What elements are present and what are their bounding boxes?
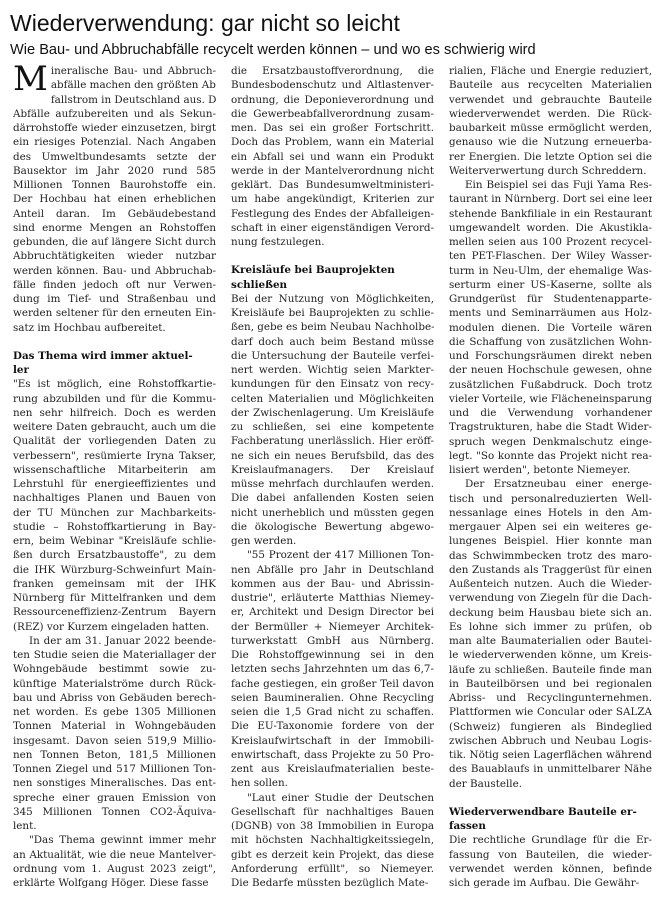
- text-line: müsse mehrfach durchlaufen werden.: [231, 477, 434, 491]
- text-line: Bei der Nutzung von Möglichkeiten,: [231, 292, 434, 306]
- text-line: Anforderung erfüllt", so Niemeyer.: [231, 862, 434, 876]
- text-line: Bauteile aus recycelten Materialien: [449, 78, 652, 92]
- text-line: mellen seien aus 100 Prozent recycel-: [449, 235, 652, 249]
- text-line: mergauer Alpen sei ein weiteres ge-: [449, 520, 652, 534]
- text-line: lent.: [13, 819, 216, 833]
- text-line: enwirtschaft, dass Projekte zu 50 Pro-: [231, 748, 434, 762]
- text-line: in Bauteilbörsen und bei regionalen: [449, 677, 652, 691]
- text-line: und Forschungsräumen direkt neben: [449, 349, 652, 363]
- text-line: serturm einer US-Kaserne, sollte als: [449, 278, 652, 292]
- article-column-2: die Ersatzbaustoffverordnung, dieBundesb…: [231, 64, 434, 890]
- text-line: das Schwimmbecken trotz des maro-: [449, 549, 652, 563]
- text-line: zent aus Kreislaufmaterialien beste-: [231, 762, 434, 776]
- text-line: der Zwischenlagerung. Um Kreisläufe: [231, 406, 434, 420]
- section-heading: Kreisläufe bei Bauprojektenschließen: [231, 249, 434, 292]
- text-line: Die Bedarfe müssten bezüglich Mate-: [231, 876, 434, 890]
- paragraph: Der Ersatzneubau einer energe-tisch und …: [449, 477, 652, 791]
- text-line: verwendung von Ziegeln für die Dach-: [449, 591, 652, 605]
- text-line: Der Hochbau hat einen erheblichen: [13, 192, 216, 206]
- text-line: Doch das Problem, wann ein Material: [231, 135, 434, 149]
- text-line: ineralische Bau- und Abbruch-: [51, 64, 216, 78]
- text-line: zusätzlichen Fußabdruck. Doch trotz: [449, 378, 652, 392]
- text-line: spruch wegen Denkmalschutz einge-: [449, 435, 652, 449]
- text-line: Kreisläufe bei Bauprojekten: [231, 263, 434, 277]
- paragraph: Ein Beispiel sei das Fuji Yama Res-taura…: [449, 178, 652, 477]
- text-line: ments und Seminarräumen aus Holz-: [449, 306, 652, 320]
- text-line: nen Tonnen Beton, 181,5 Millionen: [13, 748, 216, 762]
- text-line: dung im Tief- und Straßenbau und: [13, 292, 216, 306]
- text-line: er, Architekt und Design Director bei: [231, 605, 434, 619]
- text-line: die Schaffung von zusätzlichen Wohn-: [449, 335, 652, 349]
- text-line: die ökologische Bewertung abgewo-: [231, 520, 434, 534]
- text-line: ten PET-Flaschen. Der Wiley Wasser-: [449, 249, 652, 263]
- text-line: celten Materialien und Möglichkeiten: [231, 392, 434, 406]
- text-line: lungenes Beispiel. Hier konnte man: [449, 534, 652, 548]
- text-line: turwerkstatt GmbH aus Nürnberg.: [231, 634, 434, 648]
- text-line: tisch und personalreduzierten Well-: [449, 492, 652, 506]
- dropcap: M: [13, 65, 48, 93]
- text-line: Kreislaufwirtschaft in der Immobili-: [231, 734, 434, 748]
- text-line: die Gewerbeabfallverordnung zusam-: [231, 107, 434, 121]
- text-line: des Umweltbundesamts setzte der: [13, 150, 216, 164]
- text-line: Die Rohstoffgewinnung sei in den: [231, 648, 434, 662]
- text-line: satz im Hochbau aufbereitet.: [13, 321, 216, 335]
- text-line: die Ersatzbaustoffverordnung, die: [231, 64, 434, 78]
- text-line: wiederverwendet werden. Die Rück-: [449, 107, 652, 121]
- text-line: ten Studie seien die Materiallager der: [13, 648, 216, 662]
- text-line: weitere Daten gebraucht, auch um die: [13, 420, 216, 434]
- text-line: Tonnen Ziegel und 517 Millionen Ton-: [13, 762, 216, 776]
- text-line: Wohngebäude bestimmt sowie zu-: [13, 662, 216, 676]
- text-line: (REZ) vor Kurzem eingeladen hatten.: [13, 620, 216, 634]
- text-line: künftige Materialströme durch Rück-: [13, 677, 216, 691]
- text-line: Außenteich nutzen. Auch die Wieder-: [449, 577, 652, 591]
- text-line: kommen aus der Bau- und Abrissin-: [231, 577, 434, 591]
- text-line: erklärte Wolfgang Höger. Diese fasse: [13, 876, 216, 890]
- text-line: um habe angekündigt, Kriterien zur: [231, 192, 434, 206]
- text-line: ordnung, die Deponieverordnung und: [231, 93, 434, 107]
- text-line: nen sehr hilfreich. Doch es werden: [13, 406, 216, 420]
- text-line: rer Energien. Die letzte Option sei die: [449, 150, 652, 164]
- text-line: des Bauablaufs in unmittelbarer Nähe: [449, 762, 652, 776]
- text-line: die IHK Würzburg-Schweinfurt Main-: [13, 563, 216, 577]
- text-line: fälle finden jedoch oft nur Verwen-: [13, 278, 216, 292]
- text-line: le wiederverwenden könne, um Kreis-: [449, 648, 652, 662]
- text-line: Kreisläufe bei Bauprojekten zu schlie-: [231, 306, 434, 320]
- text-line: nert werden. Wichtig seien Markter-: [231, 363, 434, 377]
- text-line: rung abzubilden und für die Kommu-: [13, 392, 216, 406]
- text-line: ler: [13, 363, 216, 377]
- text-line: men. Das sei ein großer Fortschritt.: [231, 121, 434, 135]
- text-line: sich gerade im Aufbau. Die Gewähr-: [449, 876, 652, 890]
- text-line: legt. "So konnte das Projekt nicht rea-: [449, 449, 652, 463]
- text-line: mit höchsten Nachhaltigkeitssiegeln,: [231, 833, 434, 847]
- text-line: Tragstrukturen, habe die Stadt Wider-: [449, 420, 652, 434]
- text-line: Grundgerüst für Studentenapparte-: [449, 292, 652, 306]
- text-line: "Das Thema gewinnt immer mehr: [13, 833, 216, 847]
- text-line: ßen, gebe es beim Neubau Nachholbe-: [231, 320, 434, 334]
- text-line: man alte Baumaterialien oder Bautei-: [449, 634, 652, 648]
- text-line: rialien, Fläche und Energie reduziert,: [449, 64, 652, 78]
- text-line: verbessern", resümierte Iryna Takser,: [13, 449, 216, 463]
- text-line: In der am 31. Januar 2022 beende-: [13, 634, 216, 648]
- text-line: Plattformen wie Concular oder SALZA: [449, 705, 652, 719]
- text-line: nung festzulegen.: [231, 235, 434, 249]
- text-line: schaft in einer eigenständigen Verord-: [231, 221, 434, 235]
- text-line: nen Abfälle pro Jahr in Deutschland: [231, 563, 434, 577]
- text-line: die Untersuchung der Bauteile verfei-: [231, 349, 434, 363]
- text-line: ern, beim Webinar "Kreisläufe schlie-: [13, 534, 216, 548]
- paragraph: "Es ist möglich, eine Rohstoffkartie-run…: [13, 377, 216, 634]
- text-line: studie – Rohstoffkartierung in Bay-: [13, 520, 216, 534]
- text-line: Fachberatung unerlässlich. Hier eröff-: [231, 434, 434, 448]
- text-line: den Zustands als Traggerüst für einen: [449, 563, 652, 577]
- text-line: Abbruchtätigkeiten wieder nutzbar: [13, 249, 216, 263]
- text-line: spreche einer grauen Emission von: [13, 791, 216, 805]
- article-subheadline: Wie Bau- und Abbruchabfälle recycelt wer…: [10, 42, 536, 58]
- text-line: gen werden.: [231, 534, 434, 548]
- text-line: Kreislaufmanagers. Der Kreislauf: [231, 463, 434, 477]
- text-line: fache gestiegen, ein großer Teil davon: [231, 677, 434, 691]
- text-line: der Bermüller + Niemeyer Architek-: [231, 620, 434, 634]
- text-line: baubarkeit müsse ermöglicht werden,: [449, 121, 652, 135]
- text-line: Nürnberg für Mittelfranken und dem: [13, 591, 216, 605]
- text-line: abfälle machen den größten Ab-: [51, 78, 216, 92]
- text-line: bau und Abriss von Gebäuden berech-: [13, 691, 216, 705]
- text-line: Der Ersatzneubau einer energe-: [449, 477, 652, 491]
- text-line: gibt es derzeit kein Projekt, das diese: [231, 848, 434, 862]
- text-line: nen sonstiges Mineralisches. Das ent-: [13, 776, 216, 790]
- text-line: deckung beim Hausbau biete sich an.: [449, 606, 652, 620]
- text-line: seien Baumineralien. Ohne Recycling: [231, 691, 434, 705]
- section-heading: Das Thema wird immer aktuel-ler: [13, 335, 216, 378]
- text-line: Millionen Tonnen Baurohstoffe ein.: [13, 178, 216, 192]
- text-line: Die EU-Taxonomie fordere von der: [231, 719, 434, 733]
- paragraph: Bei der Nutzung von Möglichkeiten,Kreisl…: [231, 292, 434, 549]
- paragraph: "Das Thema gewinnt immer mehran Aktualit…: [13, 833, 216, 890]
- article-column-1: Mineralische Bau- und Abbruch-abfälle ma…: [13, 64, 216, 890]
- text-line: letzten sechs Jahrzehnten um das 6,7-: [231, 662, 434, 676]
- text-line: ein Abfall sei und wann ein Produkt: [231, 150, 434, 164]
- text-line: Bausektor im Jahr 2020 rund 585: [13, 164, 216, 178]
- text-line: taurant in Nürnberg. Dort sei eine leer: [449, 192, 652, 206]
- text-line: Lehrstuhl für energieeffizientes und: [13, 477, 216, 491]
- text-line: Das Thema wird immer aktuel-: [13, 349, 216, 363]
- text-line: hen sollen.: [231, 776, 434, 790]
- text-line: geklärt. Das Bundesumweltministeri-: [231, 178, 434, 192]
- text-line: "55 Prozent der 417 Millionen Ton-: [231, 548, 434, 562]
- text-line: der neuen Hochschule gewesen, ohne: [449, 363, 652, 377]
- text-line: stehende Bankfiliale in ein Restaurant: [449, 207, 652, 221]
- section-heading: Wiederverwendbare Bauteile er-fassen: [449, 791, 652, 834]
- text-line: dustrie", erläuterte Matthias Niemey-: [231, 591, 434, 605]
- text-line: kundungen für den Einsatz von recy-: [231, 377, 434, 391]
- text-line: verwendet und gebrauchte Bauteile: [449, 93, 652, 107]
- paragraph: In der am 31. Januar 2022 beende-ten Stu…: [13, 634, 216, 834]
- text-line: Die rechtliche Grundlage für die Er-: [449, 833, 652, 847]
- text-line: Anteil daran. Im Gebäudebestand: [13, 207, 216, 221]
- text-line: "Es ist möglich, eine Rohstoffkartie-: [13, 377, 216, 391]
- text-line: 345 Millionen Tonnen CO2-Äquiva-: [13, 805, 216, 819]
- text-line: ßen durch Ersatzbaustoffe", zu dem: [13, 548, 216, 562]
- text-line: turm in Neu-Ulm, der ehemalige Was-: [449, 264, 652, 278]
- paragraph: "55 Prozent der 417 Millionen Ton-nen Ab…: [231, 548, 434, 790]
- text-line: Bundesbodenschutz und Altlastenver-: [231, 78, 434, 92]
- text-line: zu schließen, sei eine kompetente: [231, 420, 434, 434]
- text-line: ne sich ein neues Berufsbild, das des: [231, 449, 434, 463]
- text-line: Weiterverwertung durch Schreddern.: [449, 164, 652, 178]
- text-line: verwendet werden können, befinde: [449, 862, 652, 876]
- text-line: franken gemeinsam mit der IHK: [13, 577, 216, 591]
- article-headline: Wiederverwendung: gar nicht so leicht: [10, 10, 400, 37]
- text-line: Ressourceneffizienz-Zentrum Bayern: [13, 605, 216, 619]
- text-line: genauso wie die Nutzung erneuerba-: [449, 135, 652, 149]
- text-line: insgesamt. Davon seien 519,9 Millio-: [13, 734, 216, 748]
- text-line: und die Verwendung vorhandener: [449, 406, 652, 420]
- text-line: tik. Nötig seien Lagerflächen während: [449, 748, 652, 762]
- text-line: Es lohne sich immer zu prüfen, ob: [449, 620, 652, 634]
- paragraph: die Ersatzbaustoffverordnung, dieBundesb…: [231, 64, 434, 249]
- text-line: Wiederverwendbare Bauteile er-: [449, 805, 652, 819]
- text-line: modulen dienen. Die Vorteile wären: [449, 321, 652, 335]
- text-line: därrohstoffe wieder einzusetzen, birgt: [13, 121, 216, 135]
- text-line: Gesellschaft für nachhaltiges Bauen: [231, 805, 434, 819]
- text-line: Die dabei anfallenden Kosten seien: [231, 491, 434, 505]
- text-line: ein riesiges Potenzial. Nach Angaben: [13, 135, 216, 149]
- intro-paragraph: Mineralische Bau- und Abbruch-abfälle ma…: [13, 64, 216, 335]
- text-line: seien die 1,5 Grad nicht zu schaffen.: [231, 705, 434, 719]
- text-line: an Aktualität, wie die neue Mantelver-: [13, 848, 216, 862]
- text-line: nessanlage eines Hotels in den Am-: [449, 506, 652, 520]
- text-line: werden seltener für den erneuten Ein-: [13, 306, 216, 320]
- text-line: fallstrom in Deutschland aus. Diese: [51, 93, 216, 107]
- paragraph: rialien, Fläche und Energie reduziert,Ba…: [449, 64, 652, 178]
- text-line: ordnung vom 1. August 2023 zeigt",: [13, 862, 216, 876]
- text-line: Qualität der vorliegenden Daten zu: [13, 434, 216, 448]
- text-line: gebunden, die auf längere Sicht durch: [13, 235, 216, 249]
- text-line: schließen: [231, 278, 434, 292]
- text-line: net worden. Es gebe 1305 Millionen: [13, 705, 216, 719]
- text-line: Festlegung des Endes der Abfalleigen-: [231, 207, 434, 221]
- text-line: Abriss- und Recyclingunternehmen.: [449, 691, 652, 705]
- text-line: lisiert werden", betonte Niemeyer.: [449, 463, 652, 477]
- text-line: werde in der Mantelverordnung nicht: [231, 164, 434, 178]
- text-line: nicht unerheblich und müssten gegen: [231, 506, 434, 520]
- text-line: (Schweiz) fungieren als Bindeglied: [449, 720, 652, 734]
- text-line: (DGNB) von 38 Immobilien in Europa: [231, 819, 434, 833]
- text-line: werden können. Bau- und Abbruchab-: [13, 264, 216, 278]
- text-line: Abfälle aufzubereiten und als Sekun-: [13, 107, 216, 121]
- text-line: der Baustelle.: [449, 777, 652, 791]
- paragraph: "Laut einer Studie der DeutschenGesellsc…: [231, 791, 434, 891]
- article-column-3: rialien, Fläche und Energie reduziert,Ba…: [449, 64, 652, 890]
- text-line: nachhaltiges Planen und Bauen von: [13, 491, 216, 505]
- text-line: Tonnen Material in Wohngebäuden: [13, 719, 216, 733]
- text-line: "Laut einer Studie der Deutschen: [231, 791, 434, 805]
- text-line: vieler Vorteile, wie Flächeneinsparung: [449, 392, 652, 406]
- text-line: zwischen Abbruch und Neubau Logis-: [449, 734, 652, 748]
- text-line: fassung von Bauteilen, die wieder-: [449, 848, 652, 862]
- text-line: sind enorme Mengen an Rohstoffen: [13, 221, 216, 235]
- text-line: fassen: [449, 819, 652, 833]
- text-line: der TU München zur Machbarkeits-: [13, 506, 216, 520]
- text-line: läufe zu schließen. Bauteile finde man: [449, 663, 652, 677]
- text-line: umgewandelt worden. Die Akustikla-: [449, 221, 652, 235]
- paragraph: Die rechtliche Grundlage für die Er-fass…: [449, 833, 652, 890]
- text-line: wissenschaftliche Mitarbeiterin am: [13, 463, 216, 477]
- text-line: Ein Beispiel sei das Fuji Yama Res-: [449, 178, 652, 192]
- text-line: darf doch auch beim Bestand müsse: [231, 335, 434, 349]
